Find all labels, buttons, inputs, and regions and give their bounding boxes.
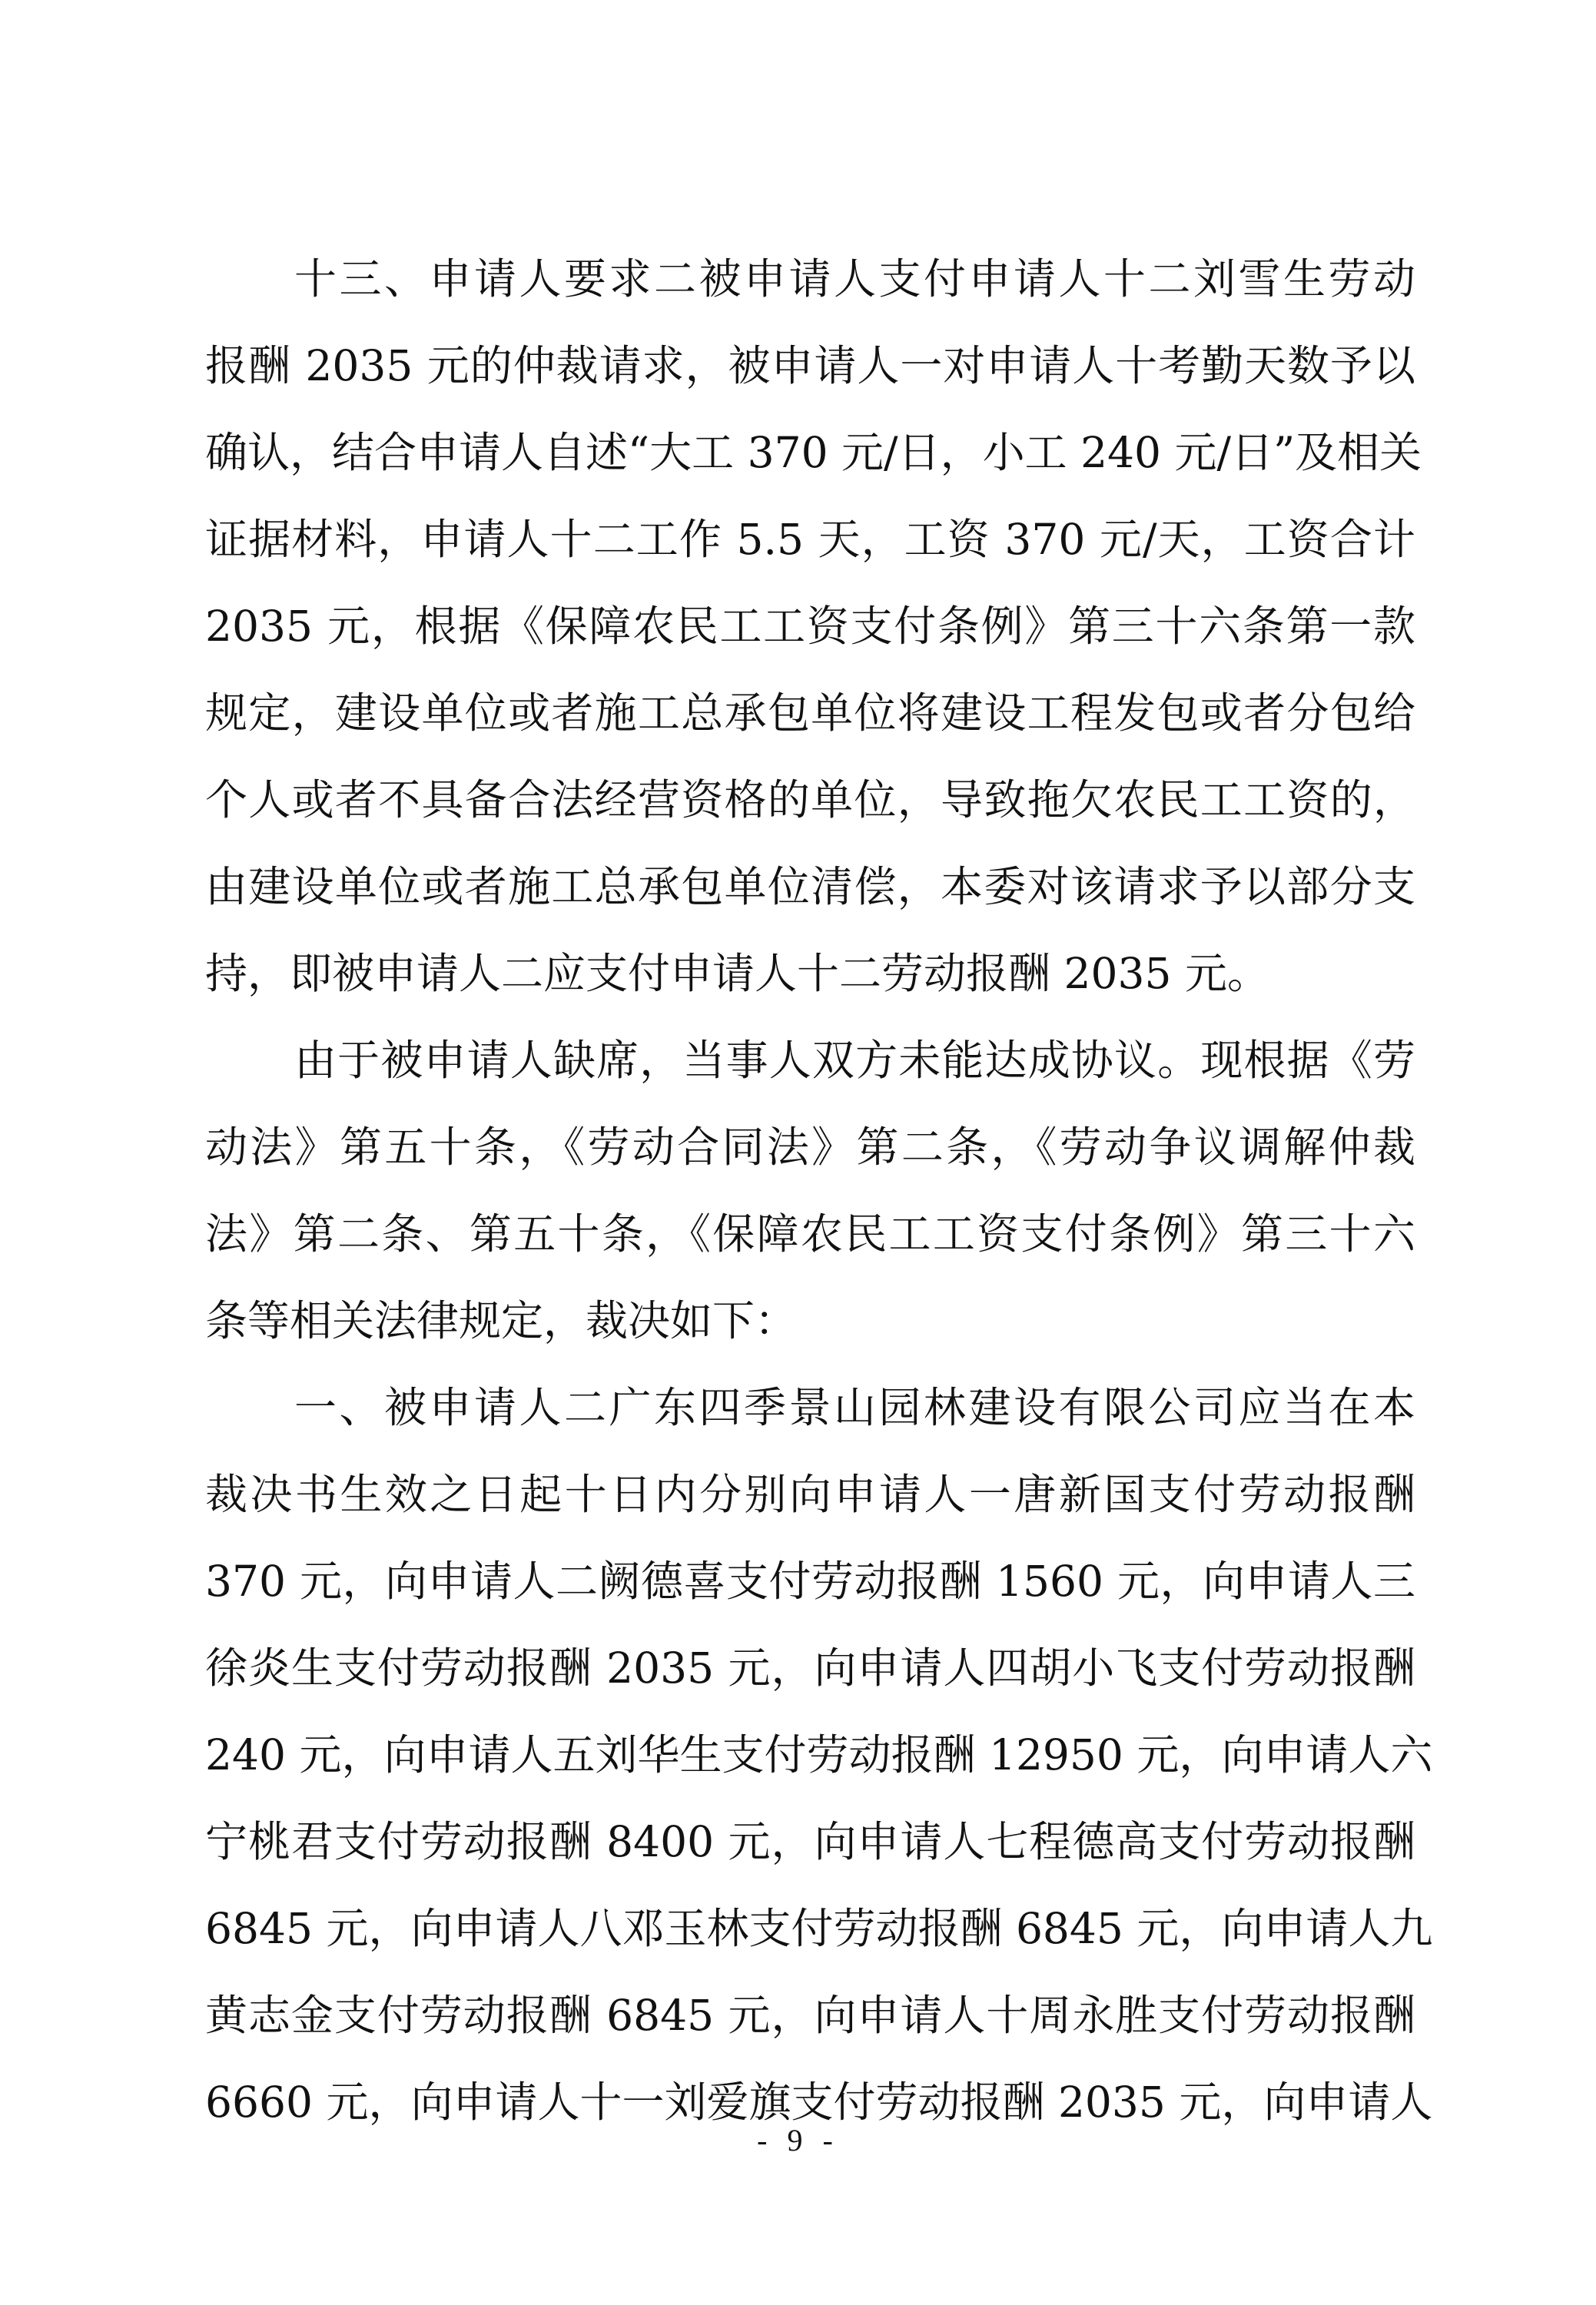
basis-paragraph-line-1: 由于被申请人缺席，当事人双方未能达成协议。现根据《劳: [205, 1017, 1415, 1104]
body-text: 十三、申请人要求二被申请人支付申请人十二刘雪生劳动 报酬 2035 元的仲裁请求…: [205, 236, 1415, 2146]
basis-paragraph-line-2: 动法》第五十条，《劳动合同法》第二条，《劳动争议调解仲裁: [205, 1104, 1415, 1191]
ruling-1-line-3: 370 元，向申请人二阙德喜支付劳动报酬 1560 元，向申请人三: [205, 1538, 1415, 1625]
paragraph-13-line-8: 由建设单位或者施工总承包单位清偿，本委对该请求予以部分支: [205, 844, 1415, 930]
ruling-1-line-7: 6845 元，向申请人八邓玉林支付劳动报酬 6845 元，向申请人九: [205, 1885, 1415, 1972]
ruling-1-line-6: 宁桃君支付劳动报酬 8400 元，向申请人七程德高支付劳动报酬: [205, 1799, 1415, 1885]
basis-paragraph-line-4: 条等相关法律规定，裁决如下：: [205, 1278, 1415, 1365]
paragraph-13-line-5: 2035 元，根据《保障农民工工资支付条例》第三十六条第一款: [205, 583, 1415, 670]
ruling-1-line-5: 240 元，向申请人五刘华生支付劳动报酬 12950 元，向申请人六: [205, 1712, 1415, 1799]
document-page: 十三、申请人要求二被申请人支付申请人十二刘雪生劳动 报酬 2035 元的仲裁请求…: [0, 0, 1596, 2305]
ruling-1-line-4: 徐炎生支付劳动报酬 2035 元，向申请人四胡小飞支付劳动报酬: [205, 1625, 1415, 1712]
paragraph-13-line-3: 确认，结合申请人自述“大工 370 元/日，小工 240 元/日”及相关: [205, 410, 1415, 496]
paragraph-13-line-9: 持，即被申请人二应支付申请人十二劳动报酬 2035 元。: [205, 930, 1415, 1017]
paragraph-13-line-2: 报酬 2035 元的仲裁请求，被申请人一对申请人十考勤天数予以: [205, 323, 1415, 410]
ruling-1-line-8: 黄志金支付劳动报酬 6845 元，向申请人十周永胜支付劳动报酬: [205, 1972, 1415, 2059]
paragraph-13-line-1: 十三、申请人要求二被申请人支付申请人十二刘雪生劳动: [205, 236, 1415, 323]
paragraph-13-line-7: 个人或者不具备合法经营资格的单位，导致拖欠农民工工资的，: [205, 757, 1415, 844]
ruling-1-line-1: 一、被申请人二广东四季景山园林建设有限公司应当在本: [205, 1365, 1415, 1451]
ruling-1-line-2: 裁决书生效之日起十日内分别向申请人一唐新国支付劳动报酬: [205, 1451, 1415, 1538]
paragraph-13-line-4: 证据材料，申请人十二工作 5.5 天，工资 370 元/天，工资合计: [205, 496, 1415, 583]
page-number: - 9 -: [0, 2122, 1596, 2158]
basis-paragraph-line-3: 法》第二条、第五十条，《保障农民工工资支付条例》第三十六: [205, 1191, 1415, 1278]
paragraph-13-line-6: 规定，建设单位或者施工总承包单位将建设工程发包或者分包给: [205, 670, 1415, 757]
